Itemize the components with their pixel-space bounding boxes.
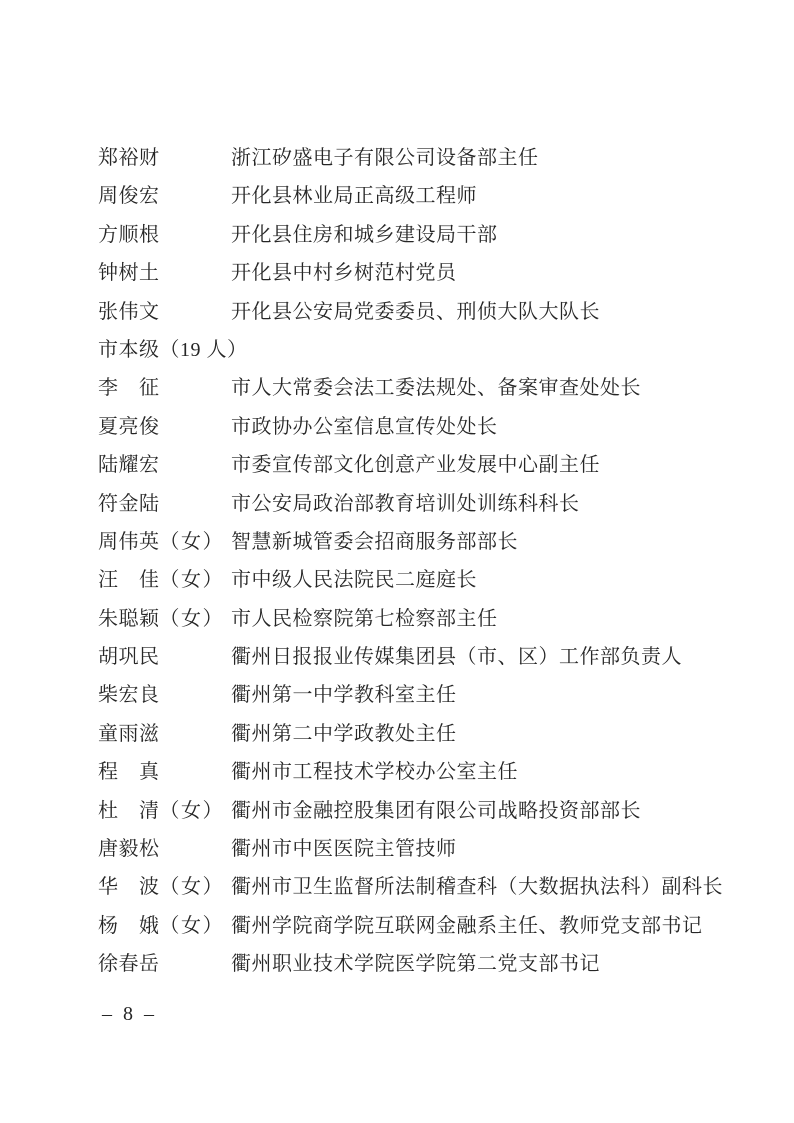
person-title: 市委宣传部文化创意产业发展中心副主任 [231,454,600,476]
person-name-cell: 徐春岳 [98,945,231,983]
person-title: 衢州市金融控股集团有限公司战略投资部部长 [231,800,641,822]
person-name: 唐毅松 [98,838,160,860]
person-name: 杨 娥 [98,915,160,937]
person-name: 夏亮俊 [98,416,160,438]
list-item: 唐毅松衢州市中医医院主管技师 [98,830,744,868]
gender-marker: （女） [160,915,225,937]
person-title: 衢州市卫生监督所法制稽查科（大数据执法科）副科长 [231,876,723,898]
person-title: 开化县中村乡树范村党员 [231,262,457,284]
person-title: 衢州第二中学政教处主任 [231,723,457,745]
person-name-cell: 钟树土 [98,254,231,292]
person-title: 开化县住房和城乡建设局干部 [231,224,498,246]
person-name-cell: 程 真 [98,753,231,791]
person-title: 市公安局政治部教育培训处训练科科长 [231,493,580,515]
person-title: 开化县公安局党委委员、刑侦大队大队长 [231,301,600,323]
list-item: 胡巩民衢州日报报业传媒集团县（市、区）工作部负责人 [98,638,744,676]
person-title: 市政协办公室信息宣传处处长 [231,416,498,438]
page-number: – 8 – [102,1002,157,1026]
person-name-cell: 李 征 [98,369,231,407]
person-title: 市中级人民法院民二庭庭长 [231,569,477,591]
person-name: 徐春岳 [98,953,160,975]
person-name-cell: 杜 清（女） [98,792,231,830]
person-name-cell: 汪 佳（女） [98,561,231,599]
person-name-cell: 周伟英（女） [98,523,231,561]
list-item: 符金陆市公安局政治部教育培训处训练科科长 [98,485,744,523]
list-item: 徐春岳衢州职业技术学院医学院第二党支部书记 [98,945,744,983]
person-name: 周伟英 [98,531,160,553]
person-name-cell: 华 波（女） [98,868,231,906]
person-title: 开化县林业局正高级工程师 [231,185,477,207]
person-name-cell: 童雨滋 [98,715,231,753]
list-item: 汪 佳（女）市中级人民法院民二庭庭长 [98,561,744,599]
gender-marker: （女） [160,569,225,591]
person-title: 衢州日报报业传媒集团县（市、区）工作部负责人 [231,646,682,668]
person-name-cell: 夏亮俊 [98,408,231,446]
person-name-cell: 方顺根 [98,216,231,254]
person-name-cell: 符金陆 [98,485,231,523]
person-name: 柴宏良 [98,684,160,706]
person-name-cell: 郑裕财 [98,139,231,177]
person-title: 市人大常委会法工委法规处、备案审查处处长 [231,377,641,399]
person-name: 汪 佳 [98,569,160,591]
person-name-cell: 唐毅松 [98,830,231,868]
person-name-cell: 朱聪颖（女） [98,600,231,638]
person-name-cell: 张伟文 [98,293,231,331]
person-title: 衢州市中医医院主管技师 [231,838,457,860]
person-name: 李 征 [98,377,160,399]
list-item: 周伟英（女）智慧新城管委会招商服务部部长 [98,523,744,561]
person-name: 张伟文 [98,301,160,323]
gender-marker: （女） [160,800,225,822]
person-title: 衢州学院商学院互联网金融系主任、教师党支部书记 [231,915,703,937]
person-name: 符金陆 [98,493,160,515]
honor-roll-list: 郑裕财浙江矽盛电子有限公司设备部主任 周俊宏开化县林业局正高级工程师 方顺根开化… [98,139,744,984]
person-name: 方顺根 [98,224,160,246]
list-item: 钟树土开化县中村乡树范村党员 [98,254,744,292]
list-item: 周俊宏开化县林业局正高级工程师 [98,177,744,215]
person-name-cell: 杨 娥（女） [98,907,231,945]
person-name: 程 真 [98,761,160,783]
person-name-cell: 陆耀宏 [98,446,231,484]
person-name: 朱聪颖 [98,608,160,630]
list-item: 杜 清（女）衢州市金融控股集团有限公司战略投资部部长 [98,792,744,830]
list-item: 陆耀宏市委宣传部文化创意产业发展中心副主任 [98,446,744,484]
list-item: 华 波（女）衢州市卫生监督所法制稽查科（大数据执法科）副科长 [98,868,744,906]
list-item: 郑裕财浙江矽盛电子有限公司设备部主任 [98,139,744,177]
list-item: 童雨滋衢州第二中学政教处主任 [98,715,744,753]
gender-marker: （女） [160,531,225,553]
person-name: 郑裕财 [98,147,160,169]
list-item: 杨 娥（女）衢州学院商学院互联网金融系主任、教师党支部书记 [98,907,744,945]
document-page: 郑裕财浙江矽盛电子有限公司设备部主任 周俊宏开化县林业局正高级工程师 方顺根开化… [0,0,794,1123]
person-name: 杜 清 [98,800,160,822]
person-name-cell: 周俊宏 [98,177,231,215]
gender-marker: （女） [160,608,225,630]
list-item: 夏亮俊市政协办公室信息宣传处处长 [98,408,744,446]
person-name: 钟树土 [98,262,160,284]
list-item: 方顺根开化县住房和城乡建设局干部 [98,216,744,254]
person-title: 衢州职业技术学院医学院第二党支部书记 [231,953,600,975]
list-item: 李 征市人大常委会法工委法规处、备案审查处处长 [98,369,744,407]
section-header: 市本级（19 人） [98,331,744,369]
person-title: 衢州第一中学教科室主任 [231,684,457,706]
person-name: 陆耀宏 [98,454,160,476]
person-name: 童雨滋 [98,723,160,745]
person-title: 市人民检察院第七检察部主任 [231,608,498,630]
person-title: 浙江矽盛电子有限公司设备部主任 [231,147,539,169]
list-item: 朱聪颖（女）市人民检察院第七检察部主任 [98,600,744,638]
list-item: 程 真衢州市工程技术学校办公室主任 [98,753,744,791]
person-name-cell: 柴宏良 [98,676,231,714]
person-name: 周俊宏 [98,185,160,207]
person-name-cell: 胡巩民 [98,638,231,676]
person-name: 胡巩民 [98,646,160,668]
person-title: 智慧新城管委会招商服务部部长 [231,531,518,553]
gender-marker: （女） [160,876,225,898]
person-title: 衢州市工程技术学校办公室主任 [231,761,518,783]
list-item: 张伟文开化县公安局党委委员、刑侦大队大队长 [98,293,744,331]
list-item: 柴宏良衢州第一中学教科室主任 [98,676,744,714]
person-name: 华 波 [98,876,160,898]
